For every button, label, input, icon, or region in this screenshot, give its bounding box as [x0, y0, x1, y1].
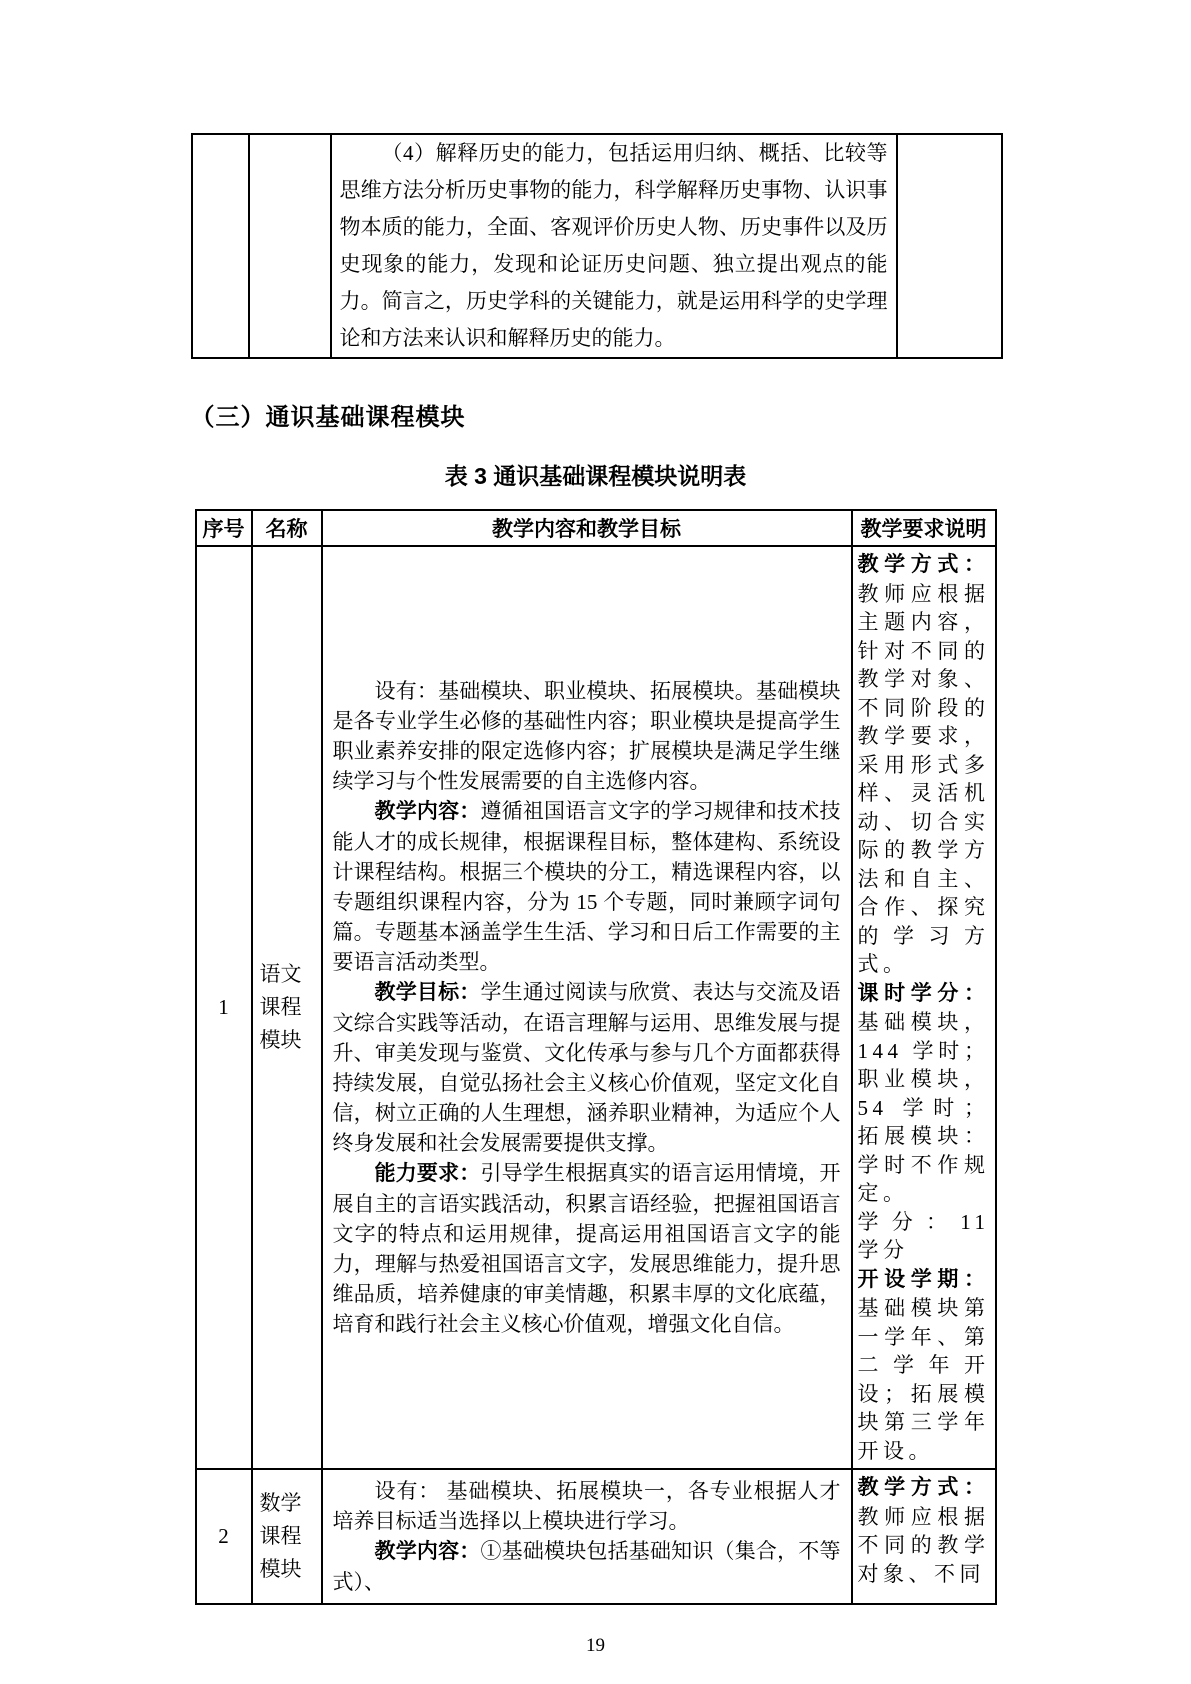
requirements-cell: 教学方式：教师应根据主题内容，针对不同的教学对象、不同阶段的教学要求，采用形式多…: [852, 546, 996, 1469]
header-cell-requirements: 教学要求说明: [852, 510, 996, 546]
module-name-cell: 数学课程模块: [252, 1469, 322, 1604]
bold-label: 教学方式：: [858, 553, 990, 576]
row-number-cell: 1: [196, 546, 252, 1469]
module-name-cell: 语文课程模块: [252, 546, 322, 1469]
table-row: 2 数学课程模块 设有： 基础模块、拓展模块一，各专业根据人才培养目标适当选择以…: [196, 1469, 996, 1604]
table-row: 1 语文课程模块 设有：基础模块、职业模块、拓展模块。基础模块是各专业学生必修的…: [196, 546, 996, 1469]
body-text: 学分：11 学分: [858, 1210, 990, 1263]
bold-label: 教学目标：: [375, 981, 481, 1004]
body-text: 教师应根据不同的教学对象、不同: [858, 1505, 990, 1586]
header-cell-name: 名称: [252, 510, 322, 546]
body-text: 教师应根据主题内容，针对不同的教学对象、不同阶段的教学要求，采用形式多样、灵活机…: [858, 582, 990, 977]
content-cell: 设有： 基础模块、拓展模块一，各专业根据人才培养目标适当选择以上模块进行学习。教…: [322, 1469, 852, 1604]
bold-label: 能力要求：: [375, 1162, 481, 1185]
module-table-header-row: 序号 名称 教学内容和教学目标 教学要求说明: [196, 510, 996, 546]
header-cell-content: 教学内容和教学目标: [322, 510, 852, 546]
history-ability-text: （4）解释历史的能力，包括运用归纳、概括、比较等思维方法分析历史事物的能力，科学…: [340, 135, 888, 357]
body-text: 遵循祖国语言文字的学习规律和技术技能人才的成长规律，根据课程目标，整体建构、系统…: [333, 799, 841, 974]
body-text: 设有：基础模块、职业模块、拓展模块。基础模块是各专业学生必修的基础性内容；职业模…: [333, 679, 841, 793]
module-table: 序号 名称 教学内容和教学目标 教学要求说明 1 语文课程模块 设有：基础模块、…: [195, 509, 997, 1605]
history-ability-cell: （4）解释历史的能力，包括运用归纳、概括、比较等思维方法分析历史事物的能力，科学…: [331, 134, 897, 358]
bold-label: 开设学期：: [858, 1268, 990, 1291]
continuation-table: （4）解释历史的能力，包括运用归纳、概括、比较等思维方法分析历史事物的能力，科学…: [191, 133, 1003, 359]
body-text: 基础模块第一学年、第二学年开设；拓展模块第三学年开设。: [858, 1296, 990, 1463]
body-text: 学生通过阅读与欣赏、表达与交流及语文综合实践等活动，在语言理解与运用、思维发展与…: [333, 980, 841, 1155]
header-cell-no: 序号: [196, 510, 252, 546]
document-page: （4）解释历史的能力，包括运用归纳、概括、比较等思维方法分析历史事物的能力，科学…: [191, 0, 1001, 1657]
body-text: 设有： 基础模块、拓展模块一，各专业根据人才培养目标适当选择以上模块进行学习。: [333, 1479, 841, 1533]
page-number: 19: [191, 1635, 1001, 1657]
continuation-row: （4）解释历史的能力，包括运用归纳、概括、比较等思维方法分析历史事物的能力，科学…: [192, 134, 1002, 358]
bold-label: 课时学分：: [858, 982, 990, 1005]
bold-label: 教学方式：: [858, 1476, 990, 1499]
bold-label: 教学内容：: [375, 1540, 481, 1563]
continuation-empty-cell-3: [897, 134, 1002, 358]
requirements-cell: 教学方式：教师应根据不同的教学对象、不同: [852, 1469, 996, 1604]
body-text: 基础模块，144 学时；职业模块，54 学时；拓展模块：学时不作规定。: [858, 1010, 990, 1205]
table-caption: 表 3 通识基础课程模块说明表: [191, 458, 1001, 491]
content-cell: 设有：基础模块、职业模块、拓展模块。基础模块是各专业学生必修的基础性内容；职业模…: [322, 546, 852, 1469]
continuation-empty-cell-1: [192, 134, 249, 358]
bold-label: 教学内容：: [375, 800, 481, 823]
section-heading: （三）通识基础课程模块: [191, 397, 1001, 432]
row-number-cell: 2: [196, 1469, 252, 1604]
body-text: 引导学生根据真实的语言运用情境，开展自主的言语实践活动，积累言语经验，把握祖国语…: [333, 1161, 841, 1336]
continuation-empty-cell-2: [249, 134, 331, 358]
